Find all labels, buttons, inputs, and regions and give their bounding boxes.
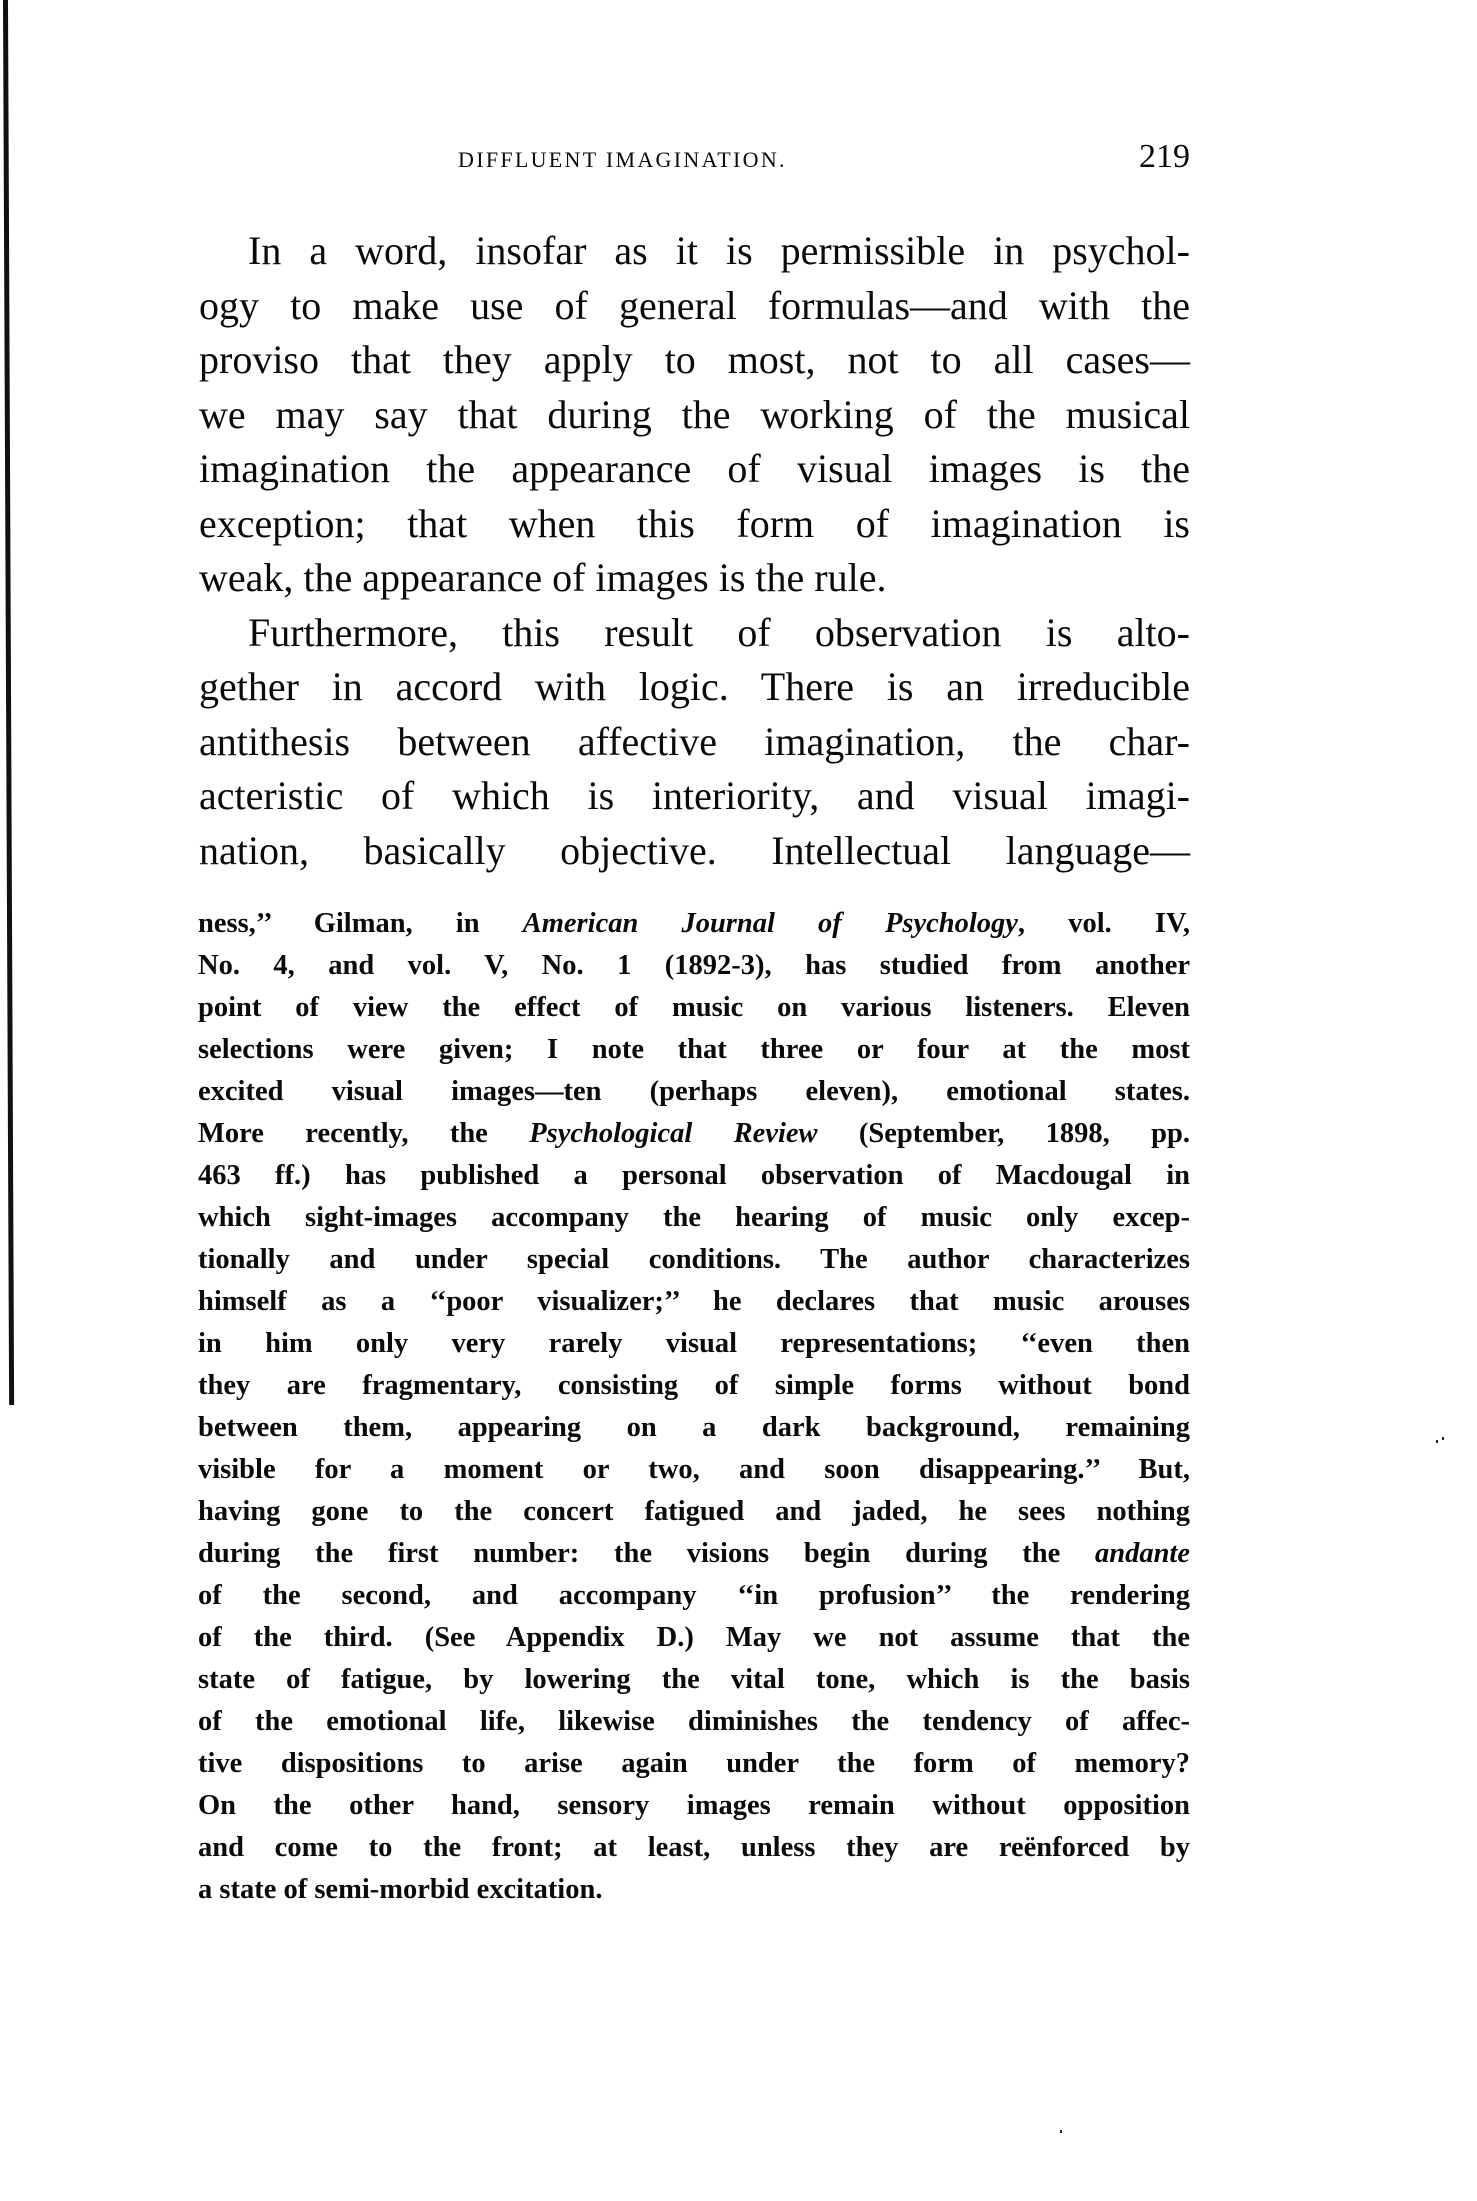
- footnote: ness,’’ Gilman, in American Journal of P…: [198, 903, 1190, 1911]
- running-head: DIFFLUENT IMAGINATION. 219: [458, 146, 1190, 176]
- footnote-line: On the other hand, sensory images remain…: [198, 1785, 1190, 1827]
- footnote-line: of the third. (See Appendix D.) May we n…: [198, 1617, 1190, 1659]
- footnote-line: excited visual images—ten (perhaps eleve…: [198, 1071, 1190, 1113]
- text-line: weak, the appearance of images is the ru…: [199, 551, 1190, 606]
- footnote-line: selections were given; I note that three…: [198, 1029, 1190, 1071]
- footnote-line: ness,’’ Gilman, in American Journal of P…: [198, 903, 1190, 945]
- footnote-line: of the second, and accompany ‘‘in profus…: [198, 1575, 1190, 1617]
- musical-term: andante: [1095, 1538, 1190, 1569]
- running-title: DIFFLUENT IMAGINATION.: [458, 146, 787, 174]
- footnote-line: state of fatigue, by lowering the vital …: [198, 1659, 1190, 1701]
- journal-title: Psychological Review: [529, 1118, 817, 1149]
- text-line: gether in accord with logic. There is an…: [199, 660, 1190, 715]
- scan-speck: [1060, 2130, 1062, 2133]
- footnote-line: visible for a moment or two, and soon di…: [198, 1449, 1190, 1491]
- footnote-line: between them, appearing on a dark backgr…: [198, 1407, 1190, 1449]
- main-text: In a word, insofar as it is permissible …: [199, 224, 1190, 878]
- scan-edge-line: [3, 0, 14, 1405]
- text-line: exception; that when this form of imagin…: [199, 497, 1190, 552]
- footnote-line: having gone to the concert fatigued and …: [198, 1491, 1190, 1533]
- footnote-line: a state of semi-morbid excitation.: [198, 1869, 1190, 1911]
- footnote-line: which sight-images accompany the hearing…: [198, 1197, 1190, 1239]
- text-line: In a word, insofar as it is permissible …: [199, 224, 1190, 279]
- text-line: Furthermore, this result of observation …: [199, 606, 1190, 661]
- text-line: antithesis between affective imagination…: [199, 715, 1190, 770]
- footnote-line: in him only very rarely visual represent…: [198, 1323, 1190, 1365]
- footnote-line: himself as a ‘‘poor visualizer;’’ he dec…: [198, 1281, 1190, 1323]
- text-line: proviso that they apply to most, not to …: [199, 333, 1190, 388]
- text-line: acteristic of which is interiority, and …: [199, 769, 1190, 824]
- footnote-line: point of view the effect of music on var…: [198, 987, 1190, 1029]
- text-line: nation, basically objective. Intellectua…: [199, 824, 1190, 879]
- footnote-line: tionally and under special conditions. T…: [198, 1239, 1190, 1281]
- text-line: ogy to make use of general formulas—and …: [199, 279, 1190, 334]
- footnote-line: More recently, the Psychological Review …: [198, 1113, 1190, 1155]
- scan-speck: [1442, 1437, 1444, 1440]
- page-number: 219: [1139, 140, 1190, 174]
- paragraph-2: Furthermore, this result of observation …: [199, 606, 1190, 879]
- footnote-line: and come to the front; at least, unless …: [198, 1827, 1190, 1869]
- text-line: we may say that during the working of th…: [199, 388, 1190, 443]
- footnote-line: of the emotional life, likewise diminish…: [198, 1701, 1190, 1743]
- footnote-line: they are fragmentary, consisting of simp…: [198, 1365, 1190, 1407]
- scan-speck: [1436, 1440, 1438, 1443]
- journal-title: American Journal of Psychology: [523, 908, 1018, 939]
- footnote-line: No. 4, and vol. V, No. 1 (1892-3), has s…: [198, 945, 1190, 987]
- footnote-line: 463 ff.) has published a personal observ…: [198, 1155, 1190, 1197]
- text-line: imagination the appearance of visual ima…: [199, 442, 1190, 497]
- paragraph-1: In a word, insofar as it is permissible …: [199, 224, 1190, 606]
- footnote-line: during the first number: the visions beg…: [198, 1533, 1190, 1575]
- footnote-line: tive dispositions to arise again under t…: [198, 1743, 1190, 1785]
